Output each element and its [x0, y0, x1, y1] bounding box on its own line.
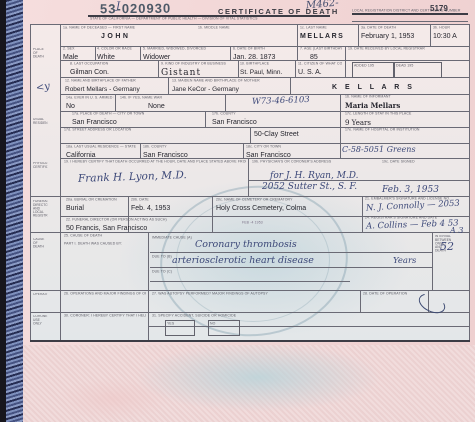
grid-line [148, 326, 470, 327]
stamp-text: FEB -4 1953 [242, 221, 288, 224]
field-label: 8. LAST OCCUPATION [70, 62, 119, 65]
field-label: 3b. HOUR [433, 26, 453, 29]
grid-line [345, 46, 346, 77]
field-value: 10:30 A [433, 33, 467, 41]
field-mother: 13. MAIDEN NAME AND BIRTHPLACE OF MOTHER… [172, 79, 287, 93]
field-value: Jane KeCor - Germany [172, 86, 287, 93]
field-value: Feb. 4, 1953 [131, 205, 209, 213]
field-middle-name: 1b. MIDDLE NAME [198, 26, 293, 45]
grid-line [95, 46, 96, 60]
grid-line [340, 127, 341, 158]
field-value: San Francisco [143, 152, 240, 158]
grid-line [60, 143, 470, 144]
field-label: 13. MAIDEN NAME AND BIRTHPLACE OF MOTHER [172, 79, 239, 82]
field-value: Burial [66, 205, 126, 213]
grid-line [243, 143, 244, 158]
field-disposition-date: 20b. DATE Feb. 4, 1953 [131, 198, 209, 214]
cause-part1-label: PART I. DEATH WAS CAUSED BY: [64, 242, 146, 250]
field-label: 26. OPERATIONS AND MAJOR FINDINGS OF OPE… [64, 292, 112, 295]
field-armed-forces: 14a. EVER IN U. S. ARMED FORCES? No [66, 96, 114, 110]
grid-line [248, 158, 249, 196]
field-label: 20b. DATE [131, 198, 176, 201]
field-label: IMMEDIATE CAUSE (A) [152, 236, 193, 239]
field-value: Jan. 28, 1873 [233, 54, 295, 59]
handwritten-physician-line1: for J. H. Ryan, M.D. [270, 171, 359, 181]
grid-line [30, 290, 470, 291]
field-hospital-label: 17e. NAME OF HOSPITAL OR INSTITUTION [345, 128, 460, 136]
field-funeral-director: 22. FUNERAL DIRECTOR (OR PERSON ACTING A… [66, 218, 226, 231]
grid-line [340, 94, 341, 127]
rule-line [150, 267, 432, 268]
grid-line [360, 290, 361, 312]
handwritten-hospital-code: C-58-5051 Greens [342, 145, 416, 154]
registration-label-text: LOCAL REGISTRATION DISTRICT AND CERTIFIC… [352, 9, 416, 12]
field-disposition: 20a. BURIAL OR CREMATION Burial [66, 198, 126, 214]
field-last-name: 1c. LAST NAME MELLARS [300, 26, 356, 45]
field-value: White [97, 54, 138, 59]
grid-line [238, 60, 239, 77]
death-certificate-scan: J 53-020930 CERTIFICATE OF DEATH M462- S… [0, 0, 475, 422]
field-war: 14b. IF YES, NAME WAR None [120, 96, 220, 110]
field-label: 5. MARRIED, WIDOWED, DIVORCED [143, 47, 192, 50]
field-label: 18c. CITY OR TOWN [246, 145, 298, 148]
grid-line [30, 24, 470, 25]
box-label: NO [210, 322, 226, 325]
due-to2-label: DUE TO (C) [152, 270, 192, 278]
field-value: None [148, 103, 220, 110]
field-label: 11. CITIZEN OF WHAT COUNTRY [298, 62, 324, 65]
handwritten-date-signed: Feb. 3, 1953 [382, 185, 439, 195]
received-date-stamp: FEB -4 1953 [242, 221, 322, 231]
field-date-received: 19. DATE RECEIVED BY LOCAL REGISTRAR [348, 47, 466, 59]
field-label: 17a. PLACE OF DEATH — CITY OR TOWN [72, 112, 146, 115]
field-label: 22. FUNERAL DIRECTOR (OR PERSON ACTING A… [66, 218, 159, 221]
field-value: No [66, 103, 114, 110]
field-residence-county: 18b. COUNTY San Francisco [143, 145, 240, 158]
grid-line [30, 232, 470, 233]
field-value: U. S. A. [298, 69, 342, 76]
field-race: 4. COLOR OR RACE White [97, 47, 138, 59]
field-label: 3a. DATE OF DEATH [361, 26, 399, 29]
field-label: 1a. NAME OF DECEASED — FIRST NAME [63, 26, 138, 29]
field-label: 14a. EVER IN U. S. ARMED FORCES? [66, 96, 94, 99]
sidebar-coroner: CORONER'S USE ONLY [33, 315, 47, 326]
grid-line [148, 232, 149, 290]
grid-line [30, 312, 470, 313]
sidebar-usual-residence: USUAL RESIDENCE [33, 118, 47, 125]
coroner-label: 30. CORONER: I HEREBY CERTIFY THAT I HEL… [64, 314, 146, 322]
bottom-security-band [23, 345, 475, 422]
handwritten-ssn: W73-46-6103 [252, 95, 310, 107]
field-value: St. Paul, Minn. [240, 69, 294, 76]
checkbox-yes: YES [165, 320, 195, 336]
field-maiden-name-spread: K E L L A R S [332, 83, 467, 93]
field-street-label: 17d. STREET ADDRESS OR LOCATION [64, 128, 244, 136]
grid-line [148, 312, 149, 340]
sidebar-place-of-death: PLACE OF DEATH [33, 48, 47, 59]
field-value: Gistant [161, 69, 236, 77]
field-label: 25. CAUSE OF DEATH [64, 234, 112, 237]
field-first-name: 1a. NAME OF DECEASED — FIRST NAME JOHN [63, 26, 193, 45]
field-value: 85 [310, 54, 342, 59]
field-label: 12. NAME AND BIRTHPLACE OF FATHER [65, 79, 123, 82]
grid-line [297, 24, 298, 60]
field-label: 19c. DATE SIGNED [382, 160, 428, 163]
handwritten-cause-line2: arteriosclerotic heart disease [172, 255, 314, 266]
field-value: 9 Years [345, 119, 430, 126]
registrar-box-dead: DEAD 195 [394, 62, 442, 78]
grid-line [469, 24, 470, 340]
field-label: 19. I HEREBY CERTIFY THAT DEATH OCCURRED… [64, 160, 170, 163]
field-label: PART I. DEATH WAS CAUSED BY: [64, 242, 112, 245]
field-label: 18a. LAST USUAL RESIDENCE — STATE [66, 145, 108, 148]
grid-line [225, 94, 226, 111]
handwritten-physician-line2: 2052 Sutter St., S. F. [262, 182, 357, 192]
field-label: 1c. LAST NAME [300, 26, 332, 29]
field-residence-state: 18a. LAST USUAL RESIDENCE — STATE Califo… [66, 145, 138, 158]
grid-line [352, 13, 468, 15]
grid-line [230, 46, 231, 60]
state-line-text: STATE OF CALIFORNIA — DEPARTMENT OF PUBL… [90, 17, 223, 20]
field-death-city: 17a. PLACE OF DEATH — CITY OR TOWN San F… [72, 112, 200, 126]
sidebar-physician-certification: PHYSICIAN'S CERTIFICATION [33, 162, 47, 169]
field-death-county: 17b. COUNTY San Francisco [212, 112, 332, 126]
field-label: DUE TO (C) [152, 270, 175, 273]
field-label: 17b. COUNTY [212, 112, 282, 115]
rule-line [150, 281, 350, 282]
security-strip [6, 0, 23, 422]
grid-line [158, 60, 159, 77]
grid-line [358, 24, 359, 46]
grid-line [362, 196, 363, 232]
handwritten-interval: 52 [440, 240, 454, 253]
field-residence-city: 18c. CITY OR TOWN San Francisco [246, 145, 336, 158]
field-hour: 3b. HOUR 10:30 A [433, 26, 467, 45]
box-label: ADDED 195 [354, 64, 376, 67]
grid-line [148, 290, 149, 312]
field-value: 50-Clay Street [254, 131, 338, 139]
field-value: February 1, 1953 [361, 33, 427, 41]
field-label: 27. WAS AUTOPSY PERFORMED? MAJOR FINDING… [152, 292, 268, 295]
sidebar-cause-of-death: CAUSE OF DEATH [33, 238, 47, 249]
field-label: 4. COLOR OR RACE [97, 47, 121, 50]
grid-line [30, 24, 31, 340]
field-value: Robert Mellars - Germany [65, 86, 165, 93]
field-label: 31. SPECIFY ACCIDENT, SUICIDE OR HOMICID… [152, 314, 268, 317]
field-value: 50 Francis, San Francisco [66, 225, 226, 231]
field-value: Widower [143, 54, 228, 59]
grid-line [352, 21, 468, 22]
field-marital-status: 5. MARRIED, WIDOWED, DIVORCED Widower [143, 47, 228, 59]
field-value: San Francisco [246, 152, 336, 158]
field-label: 19b. PHYSICIAN'S OR CORONER'S ADDRESS [252, 160, 322, 163]
field-value: San Francisco [212, 119, 332, 126]
field-label: 10. BIRTHPLACE [240, 62, 271, 65]
field-value: Maria Mellars [345, 102, 465, 110]
box-label: DEAD 195 [396, 64, 422, 67]
grid-line [205, 111, 206, 127]
field-value: California [66, 152, 138, 158]
handwritten-cause-line1: Coronary thrombosis [195, 239, 297, 250]
sidebar-funeral-director: FUNERAL DIRECTOR AND LOCAL REGISTRAR [33, 200, 47, 218]
field-label: 7. AGE (LAST BIRTHDAY) [300, 47, 324, 50]
field-label: 2. SEX [63, 47, 80, 50]
field-label: 19. DATE RECEIVED BY LOCAL REGISTRAR [348, 47, 416, 50]
field-value: K E L L A R S [332, 84, 467, 92]
stamp-number: 53-020930 [100, 1, 171, 17]
field-industry: 9. KIND OF INDUSTRY OR BUSINESS Gistant [161, 62, 236, 77]
cause-head-label: 25. CAUSE OF DEATH [64, 234, 146, 242]
field-label: 20a. BURIAL OR CREMATION [66, 198, 101, 201]
field-date-of-birth: 6. DATE OF BIRTH Jan. 28, 1873 [233, 47, 295, 59]
grid-line [250, 127, 251, 143]
field-label: 30. CORONER: I HEREBY CERTIFY THAT I HEL… [64, 314, 112, 317]
rule-line [150, 252, 432, 253]
autopsy-findings-label: 27. WAS AUTOPSY PERFORMED? MAJOR FINDING… [152, 292, 352, 300]
sidebar-operations: OPERATIONS [33, 293, 47, 297]
field-length-of-stay: 17c. LENGTH OF STAY IN THIS PLACE 9 Year… [345, 112, 430, 126]
field-label: 6. DATE OF BIRTH [233, 47, 269, 50]
grid-line [140, 143, 141, 158]
field-occupation: 8. LAST OCCUPATION Gilman Con. [70, 62, 155, 76]
handwritten-duration: Years [393, 256, 416, 266]
field-value: MELLARS [300, 33, 356, 41]
form-bottom-border [30, 340, 470, 342]
field-value: Male [63, 54, 93, 59]
grid-line [60, 60, 470, 61]
field-value: Holy Cross Cemetery, Colma [216, 205, 359, 213]
field-cemetery: 20c. NAME OF CEMETERY OR CREMATORY Holy … [216, 198, 359, 214]
field-label: 16. NAME OF INFORMANT [345, 95, 415, 98]
date-signed-label: 19c. DATE SIGNED [382, 160, 462, 168]
physician-address-label: 19b. PHYSICIAN'S OR CORONER'S ADDRESS [252, 160, 372, 168]
grid-line [168, 77, 169, 94]
grid-line [290, 77, 291, 94]
field-age: 7. AGE (LAST BIRTHDAY) 85 [300, 47, 342, 59]
state-line: STATE OF CALIFORNIA — DEPARTMENT OF PUBL… [90, 17, 320, 24]
field-label: 14b. IF YES, NAME WAR [120, 96, 178, 99]
field-value: Gilman Con. [70, 69, 155, 76]
registrar-box-added: ADDED 195 [352, 62, 394, 78]
operation-date-label: 28. DATE OF OPERATION [363, 292, 425, 300]
field-label: 9. KIND OF INDUSTRY OR BUSINESS [161, 62, 205, 65]
grid-line [430, 24, 431, 46]
box-label: YES [167, 322, 182, 325]
field-birthplace: 10. BIRTHPLACE St. Paul, Minn. [240, 62, 294, 76]
field-label: 20c. NAME OF CEMETERY OR CREMATORY [216, 198, 299, 201]
grid-line [432, 232, 433, 290]
field-label: 17c. LENGTH OF STAY IN THIS PLACE [345, 112, 394, 115]
grid-line [295, 60, 296, 77]
field-informant: 16. NAME OF INFORMANT Maria Mellars [345, 95, 465, 110]
registration-number: 5179 [430, 4, 448, 13]
field-date-of-death: 3a. DATE OF DEATH February 1, 1953 [361, 26, 427, 45]
grid-line [140, 46, 141, 60]
operations-label: 26. OPERATIONS AND MAJOR FINDINGS OF OPE… [64, 292, 146, 300]
field-citizenship: 11. CITIZEN OF WHAT COUNTRY U. S. A. [298, 62, 342, 76]
field-value: San Francisco [72, 119, 200, 126]
grid-line [60, 158, 470, 159]
field-street-value: 50-Clay Street [254, 130, 338, 141]
grid-line [60, 24, 61, 340]
field-label: 17e. NAME OF HOSPITAL OR INSTITUTION [345, 128, 412, 131]
grid-line [115, 94, 116, 111]
field-label: 17d. STREET ADDRESS OR LOCATION [64, 128, 168, 131]
field-label: 28. DATE OF OPERATION [363, 292, 399, 295]
handwritten-extra-mark: A 3 [450, 226, 463, 235]
field-sex: 2. SEX Male [63, 47, 93, 59]
field-label: 1b. MIDDLE NAME [198, 26, 253, 29]
grid-line [88, 15, 330, 17]
checkbox-no: NO [208, 320, 240, 336]
field-label: 18b. COUNTY [143, 145, 199, 148]
certificate-form: J 53-020930 CERTIFICATE OF DEATH M462- S… [30, 0, 470, 345]
field-father: 12. NAME AND BIRTHPLACE OF FATHER Robert… [65, 79, 165, 93]
field-value: JOHN [101, 33, 193, 41]
physician-certification-label: 19. I HEREBY CERTIFY THAT DEATH OCCURRED… [64, 160, 246, 168]
